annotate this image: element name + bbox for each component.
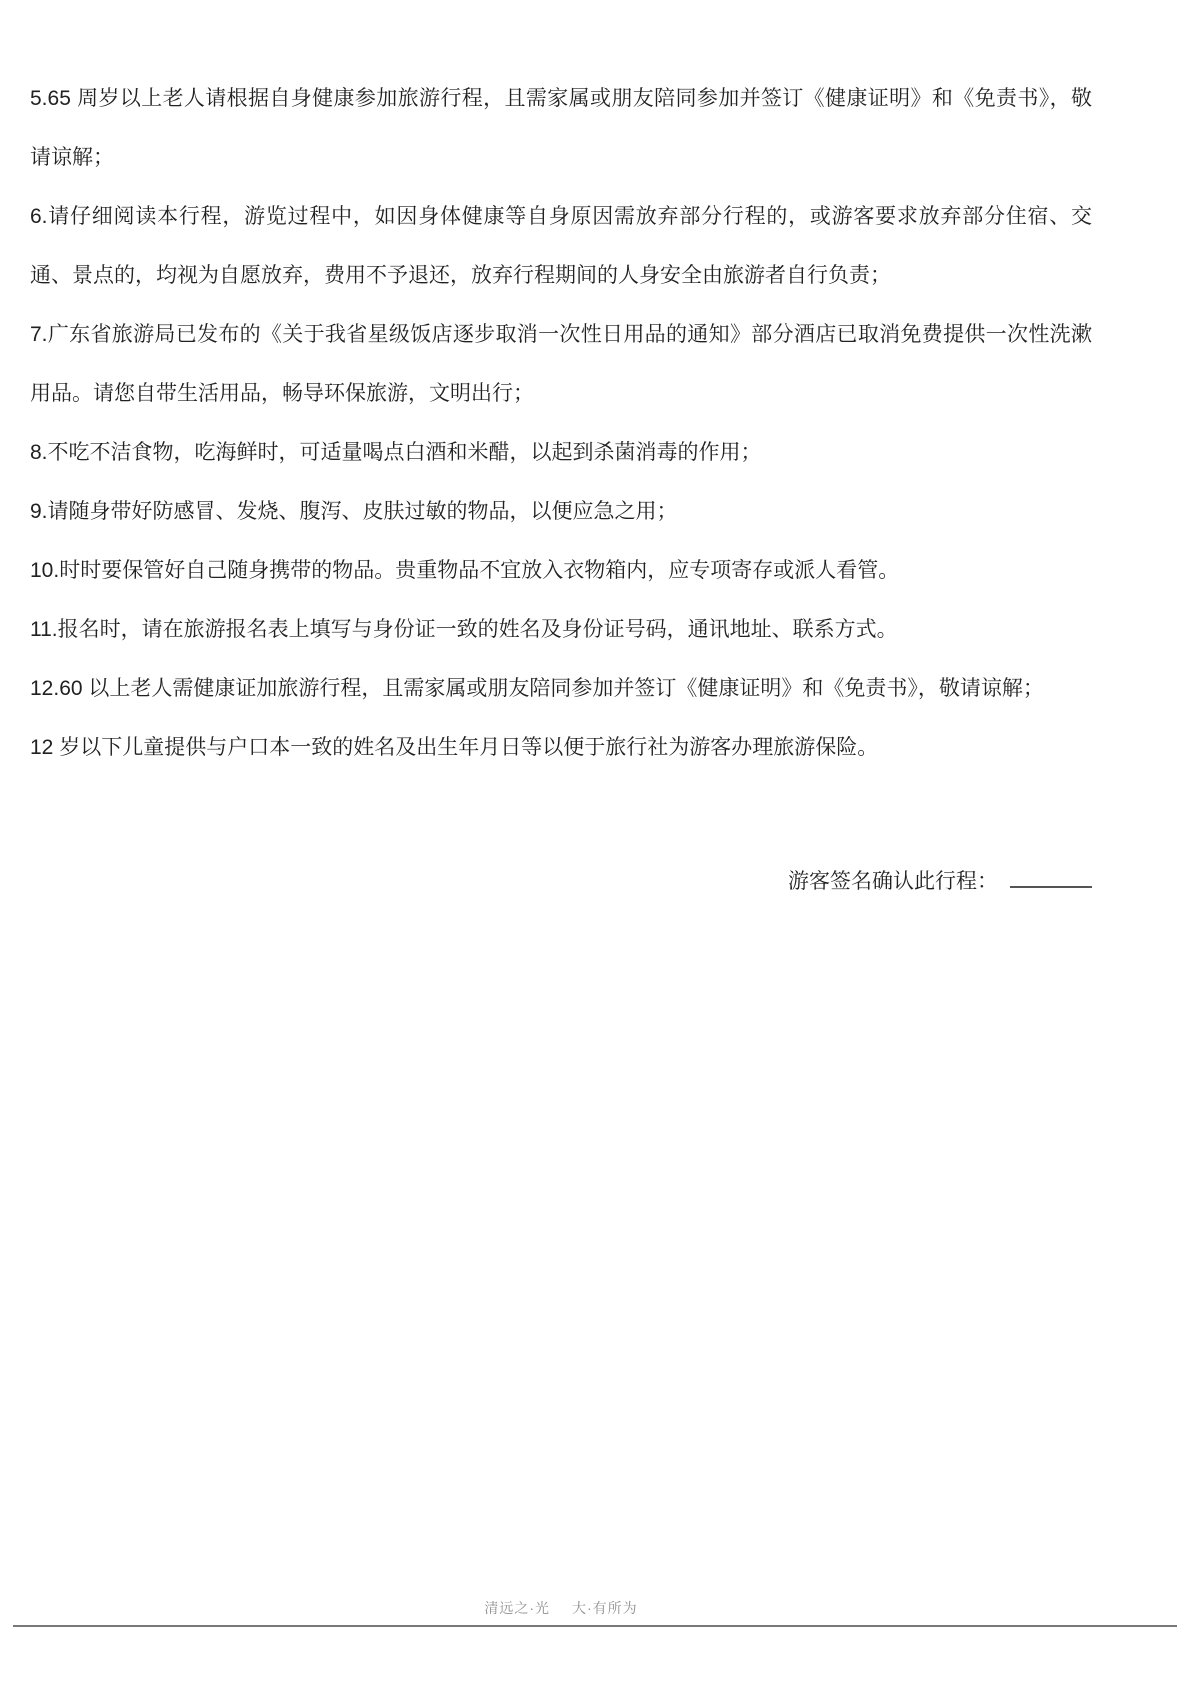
note-paragraph-5: 5.65 周岁以上老人请根据自身健康参加旅游行程，且需家属或朋友陪同参加并签订《… xyxy=(30,69,1092,187)
note-paragraph-12: 12.60 以上老人需健康证加旅游行程，且需家属或朋友陪同参加并签订《健康证明》… xyxy=(30,659,1092,718)
note-paragraph-10: 10.时时要保管好自己随身携带的物品。贵重物品不宜放入衣物箱内，应专项寄存或派人… xyxy=(30,541,1092,600)
note-paragraph-11: 11.报名时，请在旅游报名表上填写与身份证一致的姓名及身份证号码，通讯地址、联系… xyxy=(30,600,1092,659)
note-paragraph-6: 6.请仔细阅读本行程，游览过程中，如因身体健康等自身原因需放弃部分行程的，或游客… xyxy=(30,187,1092,305)
page-footer: 清远之·光大·有所为 xyxy=(0,1597,1122,1619)
signature-blank-line xyxy=(1010,860,1092,888)
note-paragraph-8: 8.不吃不洁食物，吃海鲜时，可适量喝点白酒和米醋，以起到杀菌消毒的作用； xyxy=(30,423,1092,482)
footer-divider-line xyxy=(13,1625,1177,1627)
notes-section: 5.65 周岁以上老人请根据自身健康参加旅游行程，且需家属或朋友陪同参加并签订《… xyxy=(30,69,1092,911)
note-paragraph-12b: 12 岁以下儿童提供与户口本一致的姓名及出生年月日等以便于旅行社为游客办理旅游保… xyxy=(30,718,1092,777)
footer-slogan-right: 大·有所为 xyxy=(572,1600,638,1616)
note-paragraph-7: 7.广东省旅游局已发布的《关于我省星级饭店逐步取消一次性日用品的通知》部分酒店已… xyxy=(30,305,1092,423)
signature-label: 游客签名确认此行程： xyxy=(788,870,998,893)
footer-slogan-left: 清远之·光 xyxy=(484,1600,550,1616)
signature-row: 游客签名确认此行程： xyxy=(30,852,1092,911)
note-paragraph-9: 9.请随身带好防感冒、发烧、腹泻、皮肤过敏的物品，以便应急之用； xyxy=(30,482,1092,541)
